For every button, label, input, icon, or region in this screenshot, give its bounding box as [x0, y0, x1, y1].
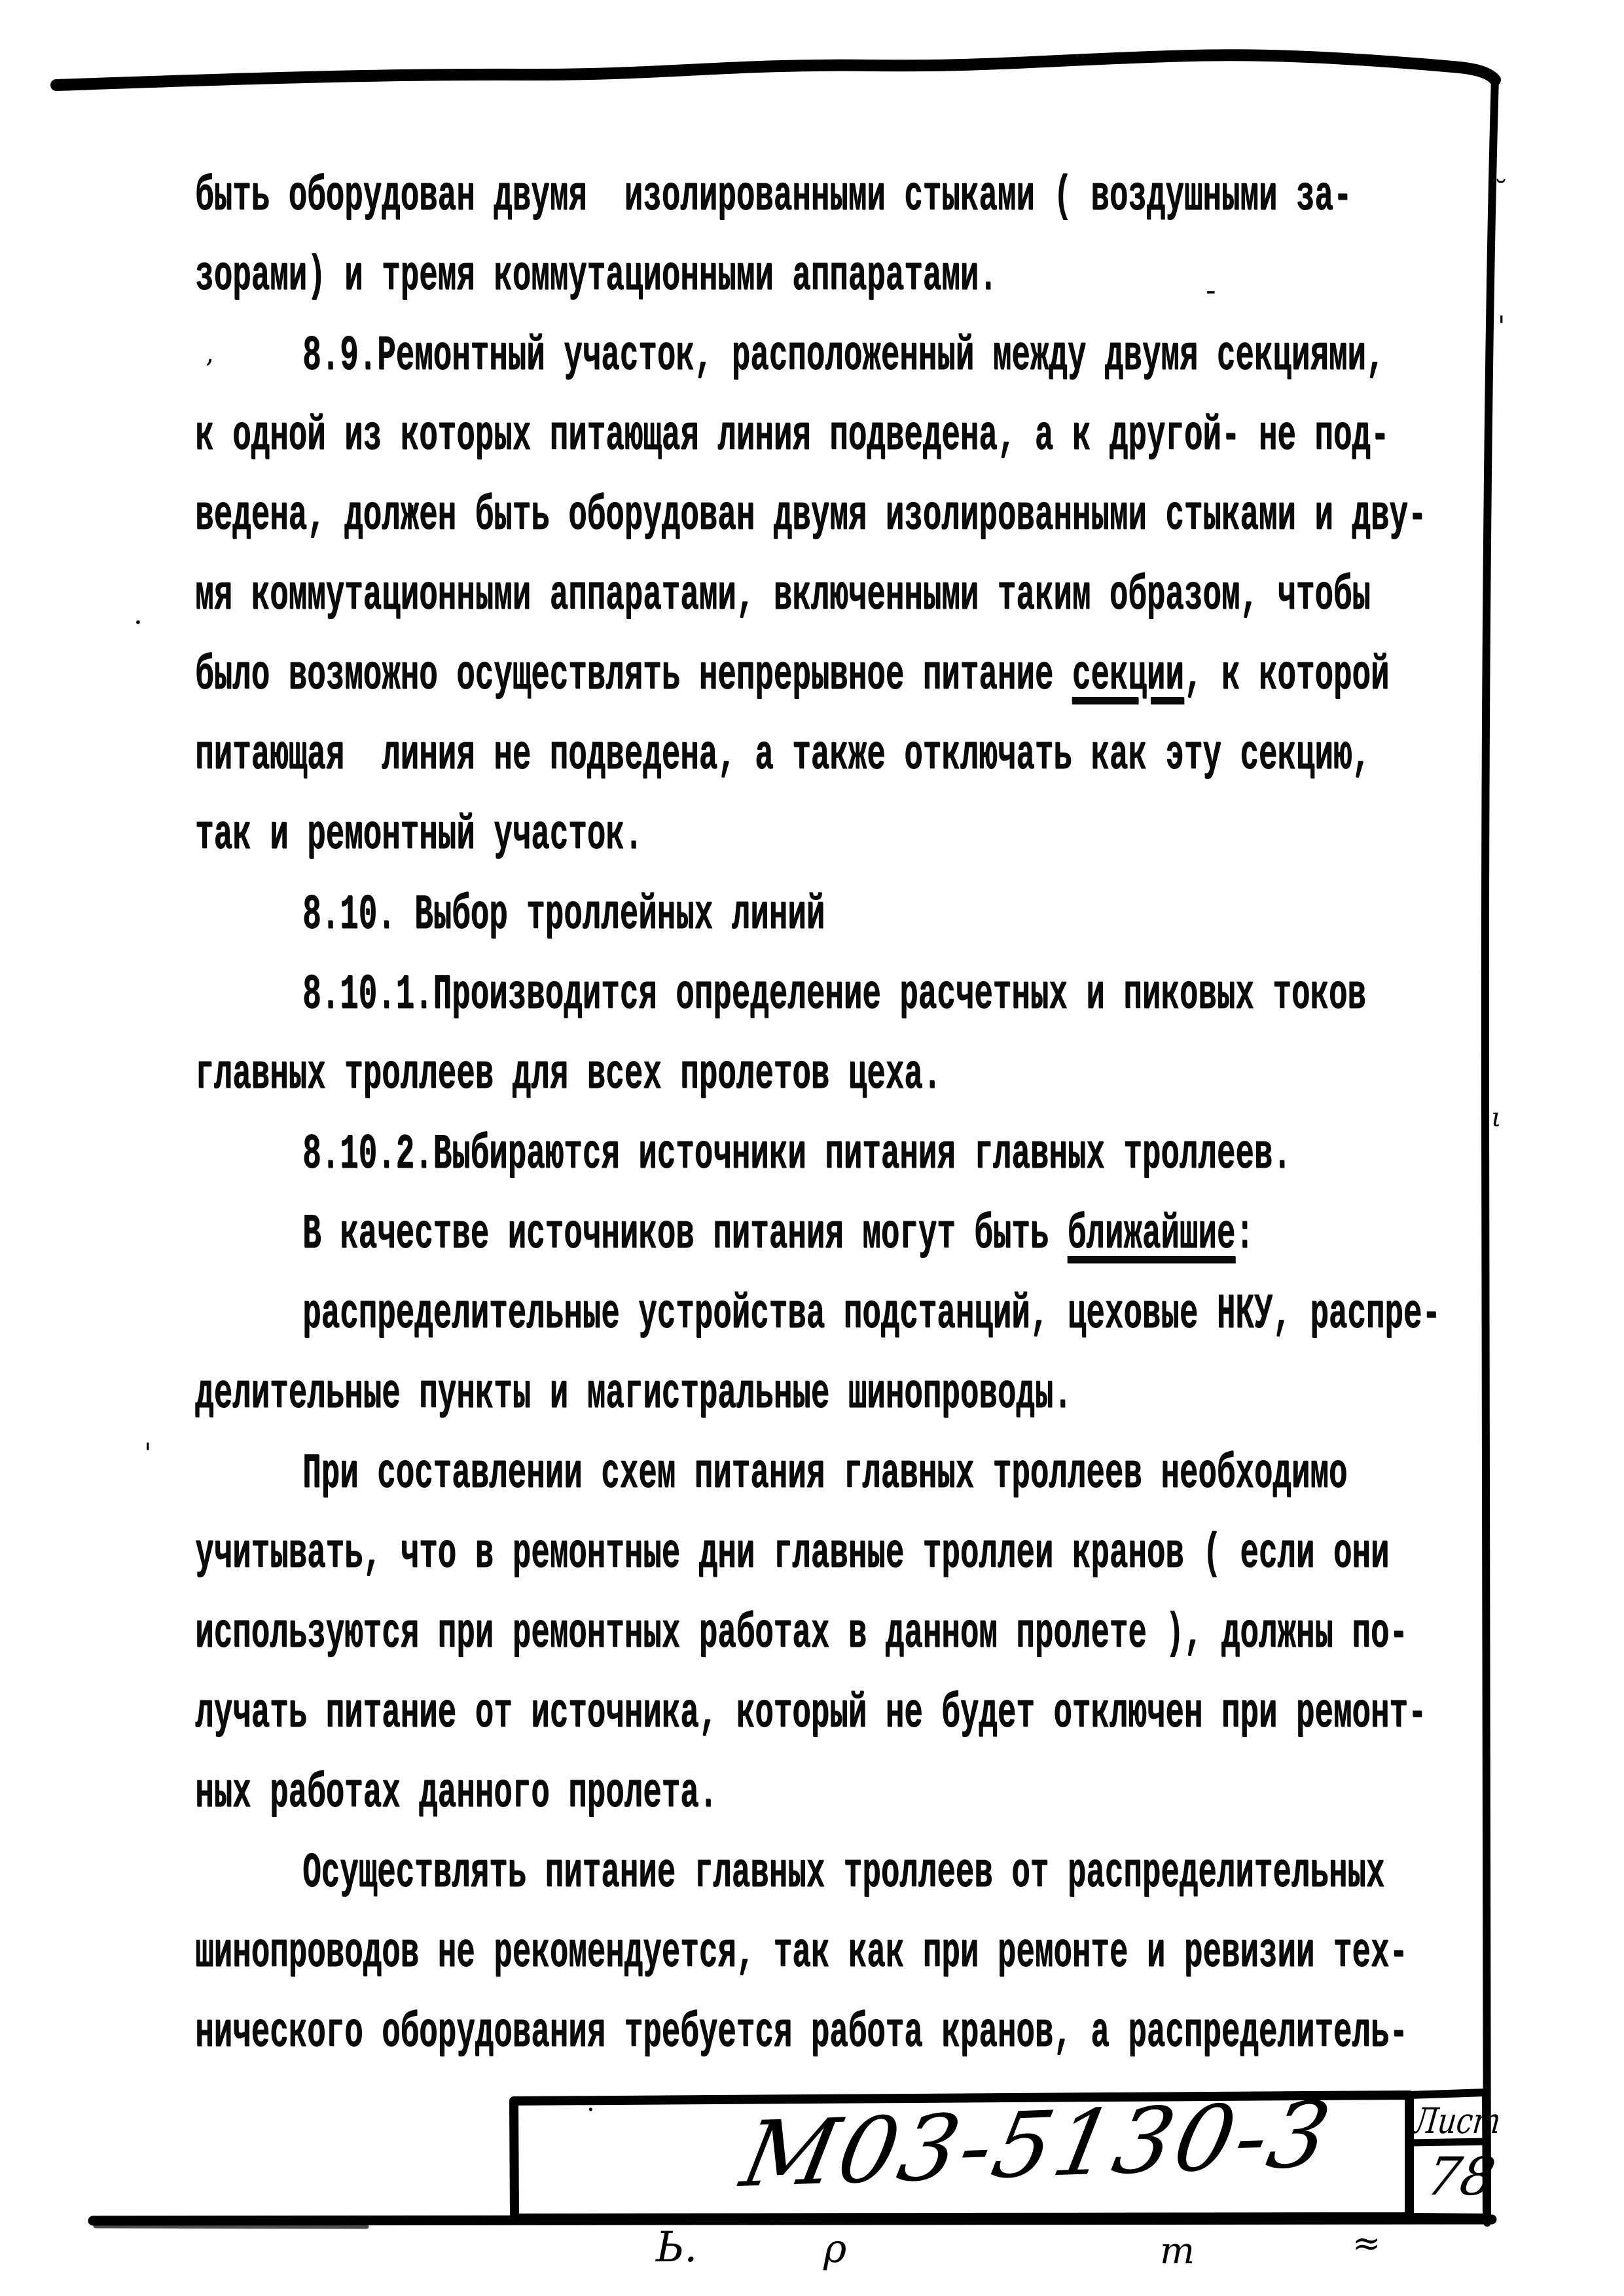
underlined-word: секции: [1072, 648, 1184, 704]
text-line: шинопроводов не рекомендуется, так как п…: [195, 1929, 1408, 1979]
text-line: 8.10.1.Производится определение расчетны…: [302, 971, 1366, 1020]
text-line: питающая линия не подведена, а также отк…: [195, 732, 1371, 781]
text-line: При составлении схем питания главных тро…: [302, 1450, 1347, 1499]
stray-ink-mark: ≈: [1352, 2227, 1381, 2261]
text-line: учитывать, что в ремонтные дни главные т…: [195, 1530, 1389, 1579]
text-line: мя коммутационными аппаратами, включенны…: [195, 572, 1371, 621]
text-line: Осуществлять питание главных троллеев от…: [302, 1850, 1384, 1899]
text-line: лучать питание от источника, который не …: [195, 1690, 1426, 1739]
stray-ink-mark: ·: [134, 609, 143, 637]
text-line: быть оборудован двумя изолированными сты…: [195, 173, 1352, 222]
sheet-number: 78: [1423, 2151, 1499, 2203]
text-line: к одной из которых питающая линия подвед…: [195, 412, 1389, 461]
scanned-document-page: быть оборудован двумя изолированными сты…: [0, 0, 1624, 2296]
text-line: так и ремонтный участок.: [195, 812, 643, 861]
underlined-word: ближайшие: [1068, 1207, 1236, 1263]
text-line: используются при ремонтных работах в дан…: [195, 1610, 1408, 1659]
text-line: главных троллеев для всех пролетов цеха.: [195, 1051, 941, 1100]
text-line: 8.10.2.Выбираются источники питания глав…: [302, 1131, 1291, 1180]
text-line: 8.9.Ремонтный участок, расположенный меж…: [302, 332, 1384, 382]
text-line: ведена, должен быть оборудован двумя изо…: [195, 492, 1426, 541]
document-number: М03-5130-3: [735, 2090, 1339, 2200]
text-line: зорами) и тремя коммутационными аппарата…: [195, 253, 998, 302]
text-line: было возможно осуществлять непрерывное п…: [195, 652, 1389, 701]
stray-ink-mark: ˘: [1494, 178, 1508, 207]
text-line: распределительные устройства подстанций,…: [302, 1291, 1441, 1340]
sheet-label: Лист: [1412, 2104, 1502, 2139]
stray-ink-mark: ρ: [823, 2229, 846, 2269]
stray-ink-mark: Ь.: [656, 2227, 697, 2269]
text-line: 8.10. Выбор троллейных линий: [302, 891, 825, 941]
stray-ink-mark: ': [1498, 313, 1506, 340]
stray-ink-mark: ': [408, 503, 416, 530]
stray-ink-mark: ·: [586, 2097, 595, 2123]
text-line: ных работах данного пролета.: [195, 1770, 717, 1819]
stray-ink-mark: ι: [1491, 1105, 1502, 1131]
stray-ink-mark: ': [144, 1440, 152, 1467]
text-line: делительные пункты и магистральные шиноп…: [195, 1371, 1072, 1420]
stray-ink-mark: m: [1160, 2233, 1195, 2270]
stray-ink-mark: ,: [206, 339, 214, 367]
text-line: нического оборудования требуется работа …: [195, 2009, 1408, 2058]
text-line: В качестве источников питания могут быть…: [302, 1211, 1254, 1260]
stray-ink-mark: -: [1206, 275, 1216, 305]
text-block: быть оборудован двумя изолированными сты…: [0, 0, 1624, 2296]
